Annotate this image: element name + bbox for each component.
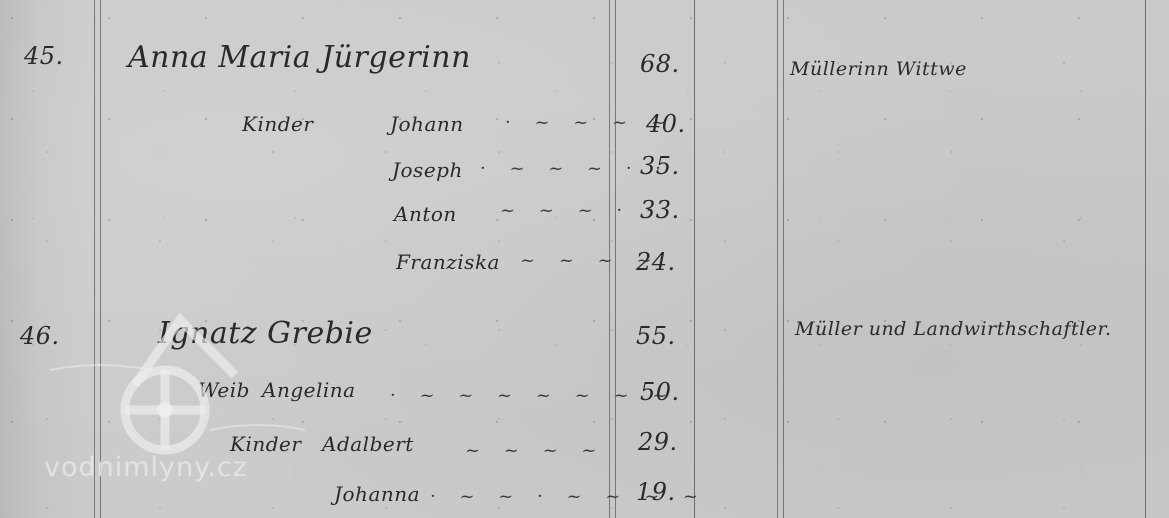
member-age: 19. (636, 478, 676, 506)
member-name: Anton (394, 202, 457, 226)
member-age: 29. (638, 428, 678, 456)
register-page: 45. Anna Maria Jürgerinn 68. Müllerinn W… (0, 0, 1169, 518)
member-relation: Weib (198, 378, 250, 402)
member-name: Joseph (392, 158, 463, 182)
head-name: Anna Maria Jürgerinn (128, 40, 471, 75)
entry-number: 46. (20, 322, 60, 350)
head-age: 55. (636, 322, 676, 350)
column-rule-entry (94, 0, 101, 518)
member-name: Johann (390, 112, 464, 136)
member-name: Franziska (396, 250, 500, 274)
member-age: 24. (636, 248, 676, 276)
member-age: 33. (640, 196, 680, 224)
member-age: 40. (646, 110, 686, 138)
column-rule-blank (777, 0, 784, 518)
column-rule-occupation (1145, 0, 1146, 518)
member-age: 35. (640, 152, 680, 180)
dot-leader: ~ ~ ~ ~ (465, 440, 606, 461)
member-age: 50. (640, 378, 680, 406)
member-name: Johanna (334, 482, 420, 506)
head-occupation: Müllerinn Wittwe (790, 58, 967, 80)
entry-number: 45. (24, 42, 64, 70)
dot-leader: ~ ~ ~ · · (500, 200, 661, 221)
member-relation: Kinder (242, 112, 313, 136)
head-occupation: Müller und Landwirthschaftler. (795, 318, 1112, 340)
watermark-text: vodnimlyny.cz (44, 452, 248, 483)
member-name: Angelina (262, 378, 356, 402)
member-name: Adalbert (322, 432, 414, 456)
dot-leader: · ~ ~ ~ ~ ~ ~ ~ (390, 385, 676, 406)
head-age: 68. (640, 50, 680, 78)
head-name: Ignatz Grebie (158, 316, 373, 351)
column-rule-age (694, 0, 695, 518)
